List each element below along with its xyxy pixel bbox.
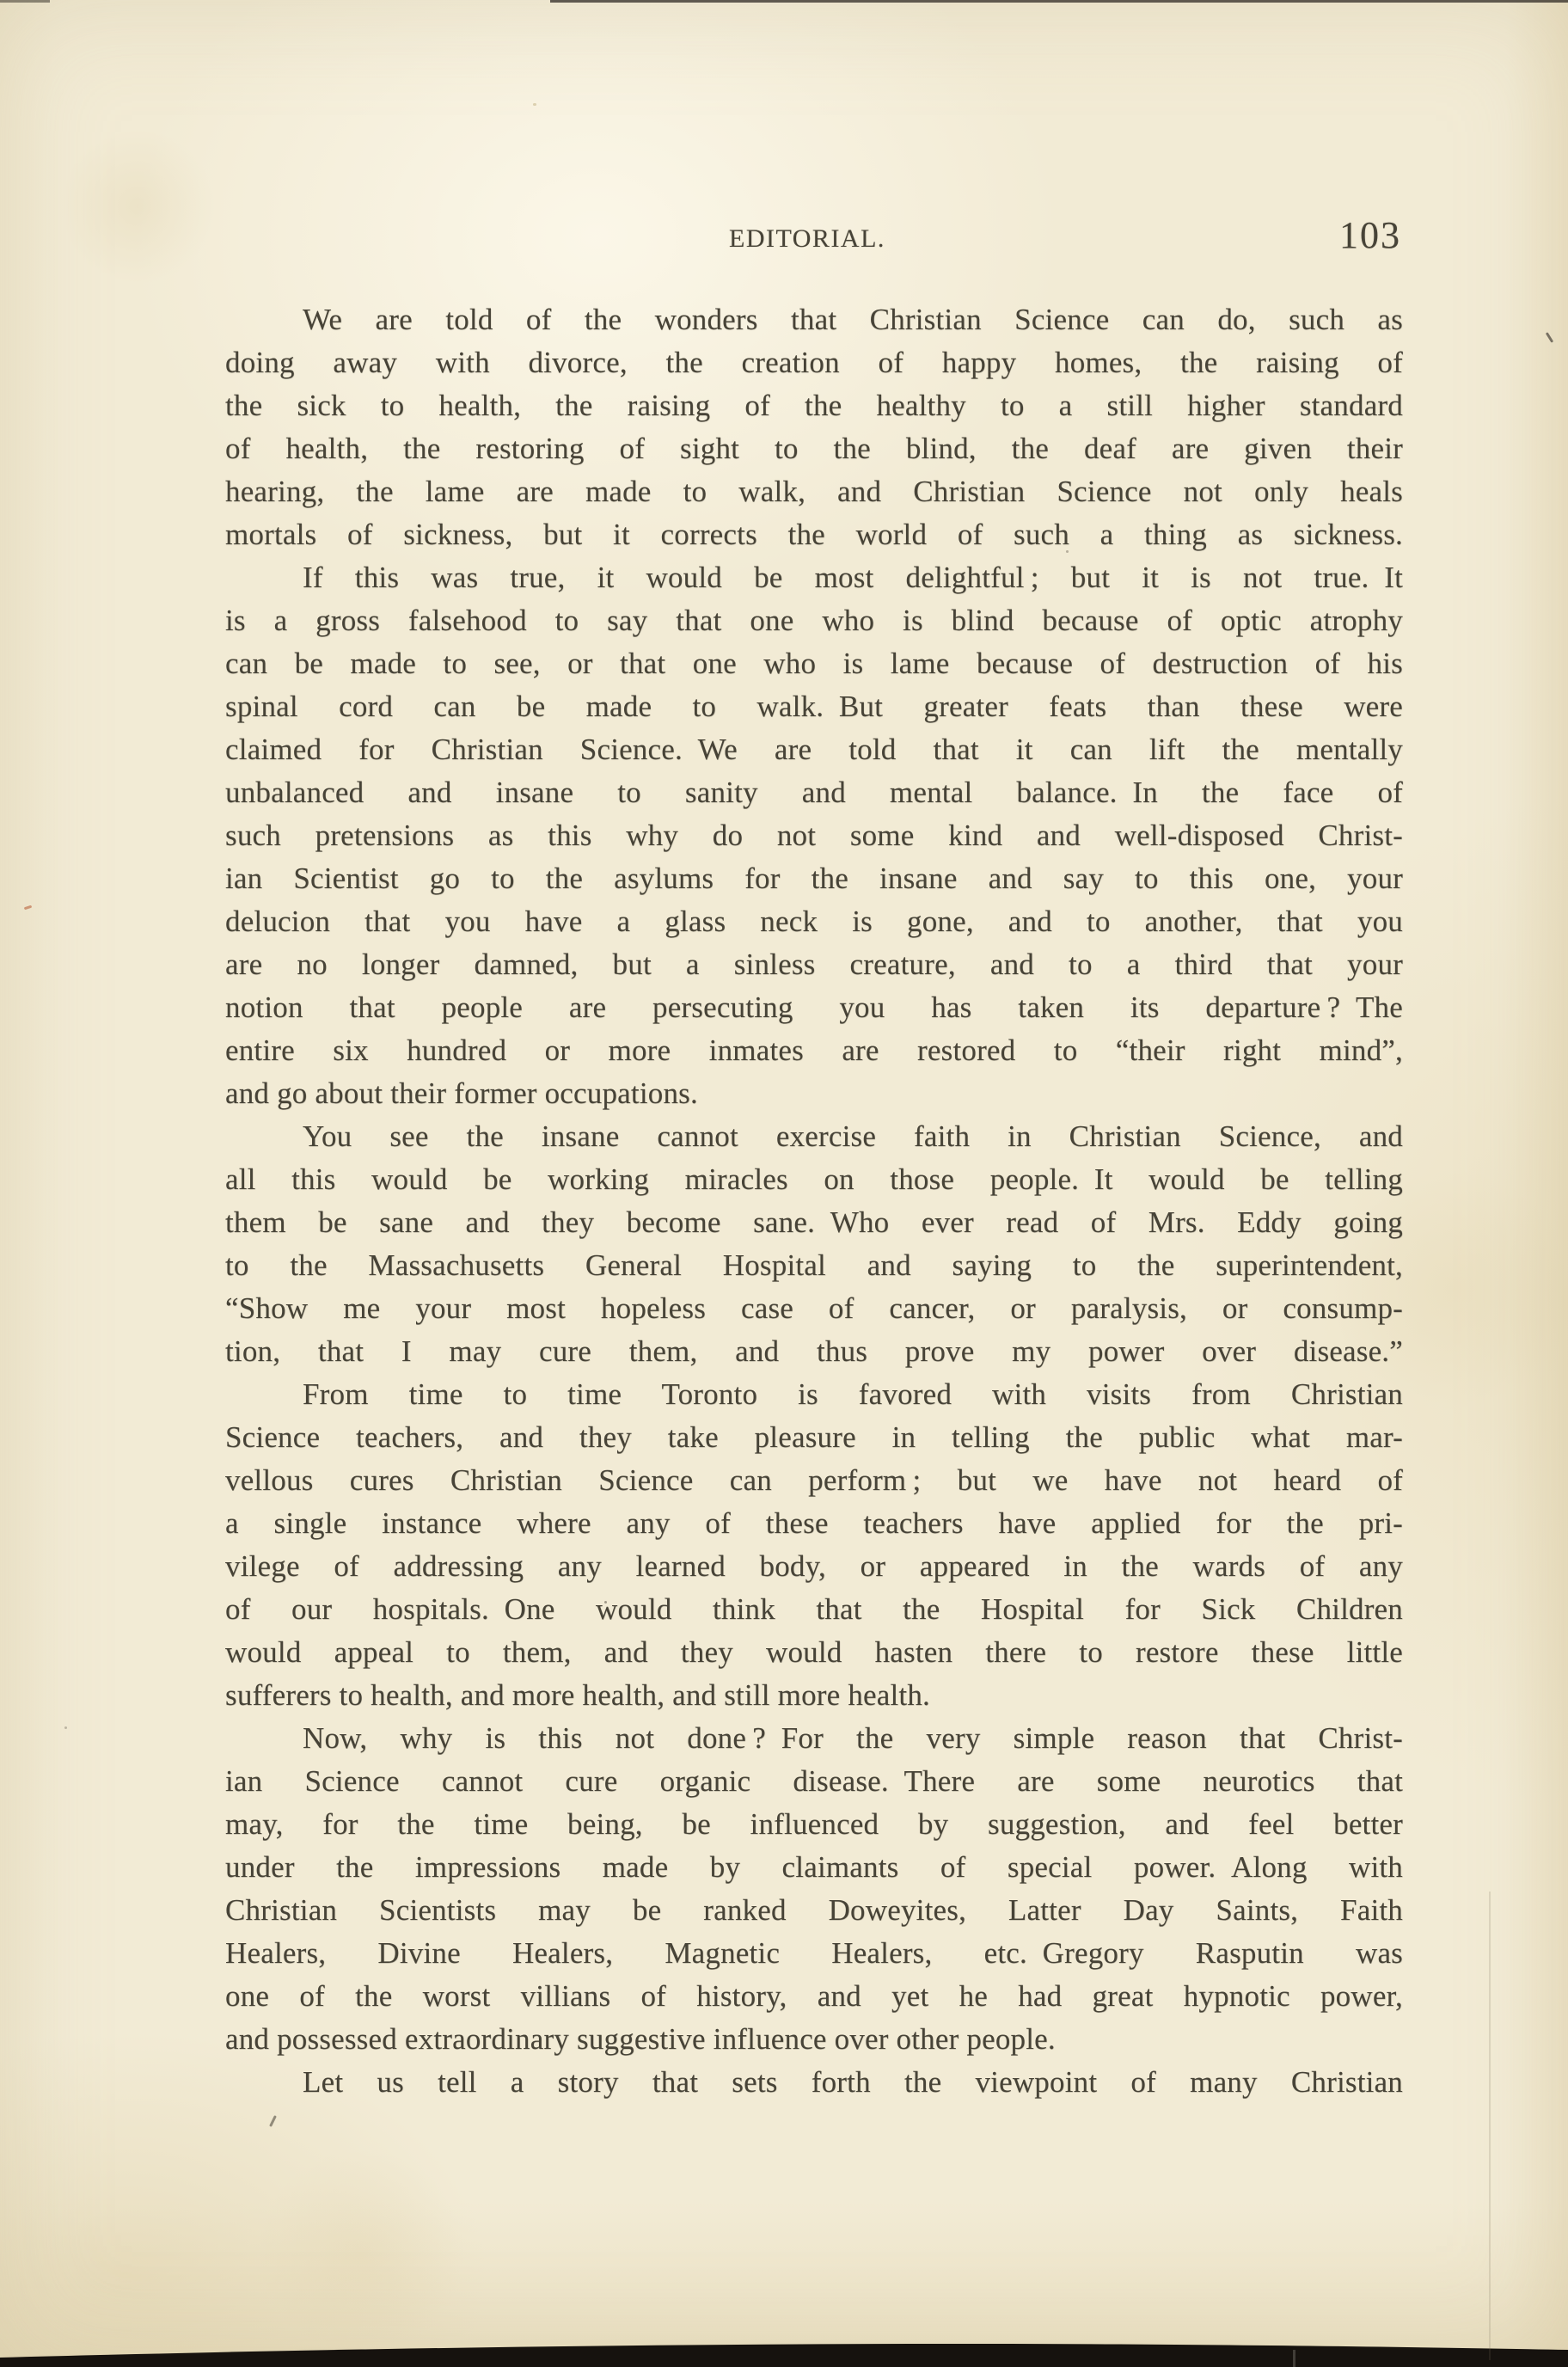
paper-speck [1546, 332, 1553, 343]
paper-crease [1489, 1892, 1491, 2360]
text-line: ian Science cannot cure organic disease.… [225, 1760, 1403, 1803]
text-line: Science teachers, and they take pleasure… [225, 1416, 1403, 1459]
text-line: unbalanced and insane to sanity and ment… [225, 771, 1403, 814]
text-line: “Show me your most hopeless case of canc… [225, 1287, 1403, 1330]
scan-edge-bottom [0, 2329, 1568, 2367]
text-line: ian Scientist go to the asylums for the … [225, 857, 1403, 900]
text-line: vellous cures Christian Science can perf… [225, 1459, 1403, 1502]
text-line: doing away with divorce, the creation of… [225, 341, 1403, 384]
paper-speck [604, 1601, 607, 1604]
text-line: Healers, Divine Healers, Magnetic Healer… [225, 1932, 1403, 1975]
running-head: EDITORIAL. [729, 224, 885, 254]
text-line: If this was true, it would be most delig… [225, 556, 1403, 599]
page-number: 103 [1339, 215, 1401, 256]
text-line: is a gross falsehood to say that one who… [225, 599, 1403, 642]
scan-edge-top-dash [0, 0, 50, 3]
text-line: spinal cord can be made to walk. But gre… [225, 685, 1403, 728]
text-line: under the impressions made by claimants … [225, 1846, 1403, 1889]
scanned-book-page: EDITORIAL. 103 We are told of the wonder… [0, 0, 1568, 2367]
text-line: them be sane and they become sane. Who e… [225, 1201, 1403, 1244]
paper-speck [533, 103, 536, 106]
text-line: the sick to health, the raising of the h… [225, 384, 1403, 427]
paper-speck [24, 905, 32, 911]
text-line: claimed for Christian Science. We are to… [225, 728, 1403, 771]
text-line: a single instance where any of these tea… [225, 1502, 1403, 1545]
text-line: Now, why is this not done ? For the very… [225, 1717, 1403, 1760]
paper-speck [64, 1726, 67, 1729]
text-line: vilege of addressing any learned body, o… [225, 1545, 1403, 1588]
text-line: tion, that I may cure them, and thus pro… [225, 1330, 1403, 1373]
text-line: Let us tell a story that sets forth the … [225, 2061, 1403, 2104]
scan-edge-top [550, 0, 1568, 3]
text-line: mortals of sickness, but it corrects the… [225, 513, 1403, 556]
text-line: sufferers to health, and more health, an… [225, 1674, 1403, 1717]
text-line: entire six hundred or more inmates are r… [225, 1029, 1403, 1072]
text-line: You see the insane cannot exercise faith… [225, 1115, 1403, 1158]
text-line: We are told of the wonders that Christia… [225, 298, 1403, 341]
paper-speck [1066, 550, 1069, 553]
text-line: would appeal to them, and they would has… [225, 1631, 1403, 1674]
editorial-body-text: We are told of the wonders that Christia… [225, 298, 1403, 2104]
text-line: to the Massachusetts General Hospital an… [225, 1244, 1403, 1287]
text-line: and go about their former occupations. [225, 1072, 1403, 1115]
text-line: can be made to see, or that one who is l… [225, 642, 1403, 685]
text-line: may, for the time being, be influenced b… [225, 1803, 1403, 1846]
text-line: of our hospitals. One would think that t… [225, 1588, 1403, 1631]
text-line: From time to time Toronto is favored wit… [225, 1373, 1403, 1416]
text-line: all this would be working miracles on th… [225, 1158, 1403, 1201]
text-line: and possessed extraordinary suggestive i… [225, 2018, 1403, 2061]
text-line: Christian Scientists may be ranked Dowey… [225, 1889, 1403, 1932]
text-line: delucion that you have a glass neck is g… [225, 900, 1403, 943]
text-line: notion that people are persecuting you h… [225, 986, 1403, 1029]
text-line: such pretensions as this why do not some… [225, 814, 1403, 857]
text-line: one of the worst villians of history, an… [225, 1975, 1403, 2018]
paper-speck [269, 2115, 277, 2127]
text-line: hearing, the lame are made to walk, and … [225, 470, 1403, 513]
text-line: are no longer damned, but a sinless crea… [225, 943, 1403, 986]
text-line: of health, the restoring of sight to the… [225, 427, 1403, 470]
